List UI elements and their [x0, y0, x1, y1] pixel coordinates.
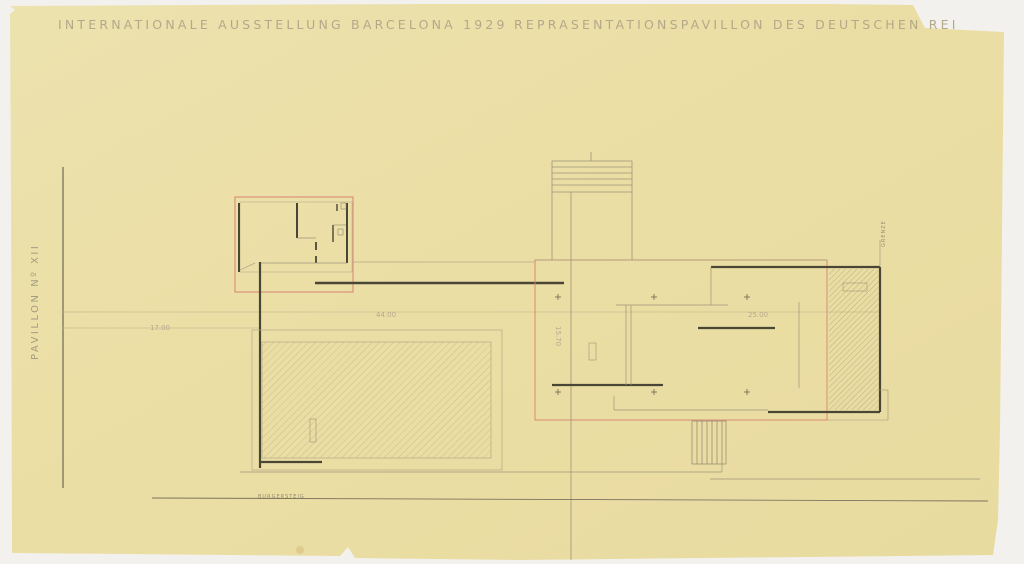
- dimension-vertical: 15.70: [554, 326, 562, 346]
- pavilion-title: REPRASENTATIONSPAVILLON DES DEUTSCHEN RE…: [514, 17, 959, 32]
- boundary-label: GRENZE: [881, 220, 887, 247]
- dimension-left: 17.00: [150, 324, 170, 332]
- exhibition-title: INTERNATIONALE AUSSTELLUNG BARCELONA 192…: [58, 17, 508, 32]
- pavilion-plan: [0, 0, 1024, 564]
- street-label: BURGERSTEIG: [258, 494, 305, 500]
- dimension-middle: 44.00: [376, 311, 396, 319]
- dimension-right: 25.00: [748, 311, 768, 319]
- pavilion-number-label: PAVILLON Nº XII: [30, 244, 41, 360]
- architectural-drawing-sheet: INTERNATIONALE AUSSTELLUNG BARCELONA 192…: [0, 0, 1024, 564]
